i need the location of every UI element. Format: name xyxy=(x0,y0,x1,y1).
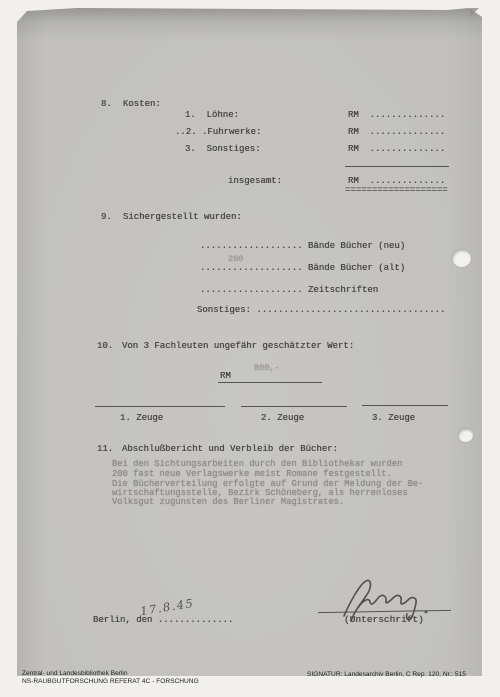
section8-amount-1: RM .............. xyxy=(348,111,445,120)
section8-item-2: ..2. .Fuhrwerke: xyxy=(175,128,261,137)
signature-caption: (Unterschrift) xyxy=(344,615,424,625)
section8-item-1: 1. Löhne: xyxy=(185,111,239,120)
witness-label-3: 3. Zeuge xyxy=(372,414,415,423)
report-line-5: Volksgut zugunsten des Berliner Magistra… xyxy=(112,498,344,507)
section8-total-rule: =================== xyxy=(345,186,448,195)
section8-amount-3: RM .............. xyxy=(348,145,445,154)
section9-line-3: ................... Zeitschriften xyxy=(200,286,378,295)
section11-number: 11. xyxy=(97,445,113,454)
report-line-1: Bei den Sichtungsarbeiten durch den Bibl… xyxy=(112,460,402,469)
report-line-2: 200 fast neue Verlagswerke meist Romane … xyxy=(112,470,392,479)
witness-label-2: 2. Zeuge xyxy=(261,414,304,423)
pencil-annotation-800: 800,- xyxy=(254,364,280,373)
section8-title: Kosten: xyxy=(123,100,161,109)
section9-line-1: ................... Bände Bücher (neu) xyxy=(200,242,405,251)
folded-corner xyxy=(470,8,479,17)
section9-title: Sichergestellt wurden: xyxy=(123,213,242,222)
section11-title: Abschlußbericht und Verbleib der Bücher: xyxy=(122,445,338,454)
witness-rule-3 xyxy=(362,405,448,406)
witness-rule-1 xyxy=(95,406,225,407)
sum-rule xyxy=(345,166,449,167)
archive-credit-line-1: Zentral- und Landesbibliothek Berlin xyxy=(22,670,128,678)
place-date-line: Berlin, den .............. xyxy=(93,616,233,625)
section10-title: Von 3 Fachleuten ungefähr geschätzter We… xyxy=(122,342,354,351)
section8-total-label: insgesamt: xyxy=(228,177,282,186)
section8-item-3: 3. Sonstiges: xyxy=(185,145,261,154)
witness-rule-2 xyxy=(241,406,347,407)
section9-number: 9. xyxy=(101,213,112,222)
section9-other-line: Sonstiges: .............................… xyxy=(197,306,445,315)
witness-label-1: 1. Zeuge xyxy=(120,414,163,423)
section10-currency: RM xyxy=(220,372,231,381)
section9-line-2: ................... Bände Bücher (alt) xyxy=(200,264,405,273)
punch-hole-bottom xyxy=(458,428,473,442)
scanned-document-page: { "document": { "section8": { "number": … xyxy=(0,0,500,697)
section8-number: 8. xyxy=(101,100,112,109)
section10-number: 10. xyxy=(97,342,113,351)
archive-signatur: SIGNATUR: Landesarchiv Berlin, C Rep. 12… xyxy=(307,671,466,679)
archive-credit-line-2: NS-RAUBGUTFORSCHUNG REFERAT 4C - FORSCHU… xyxy=(22,678,199,686)
section8-amount-2: RM .............. xyxy=(348,128,445,137)
value-rule xyxy=(218,382,322,383)
punch-hole-top xyxy=(452,249,471,267)
